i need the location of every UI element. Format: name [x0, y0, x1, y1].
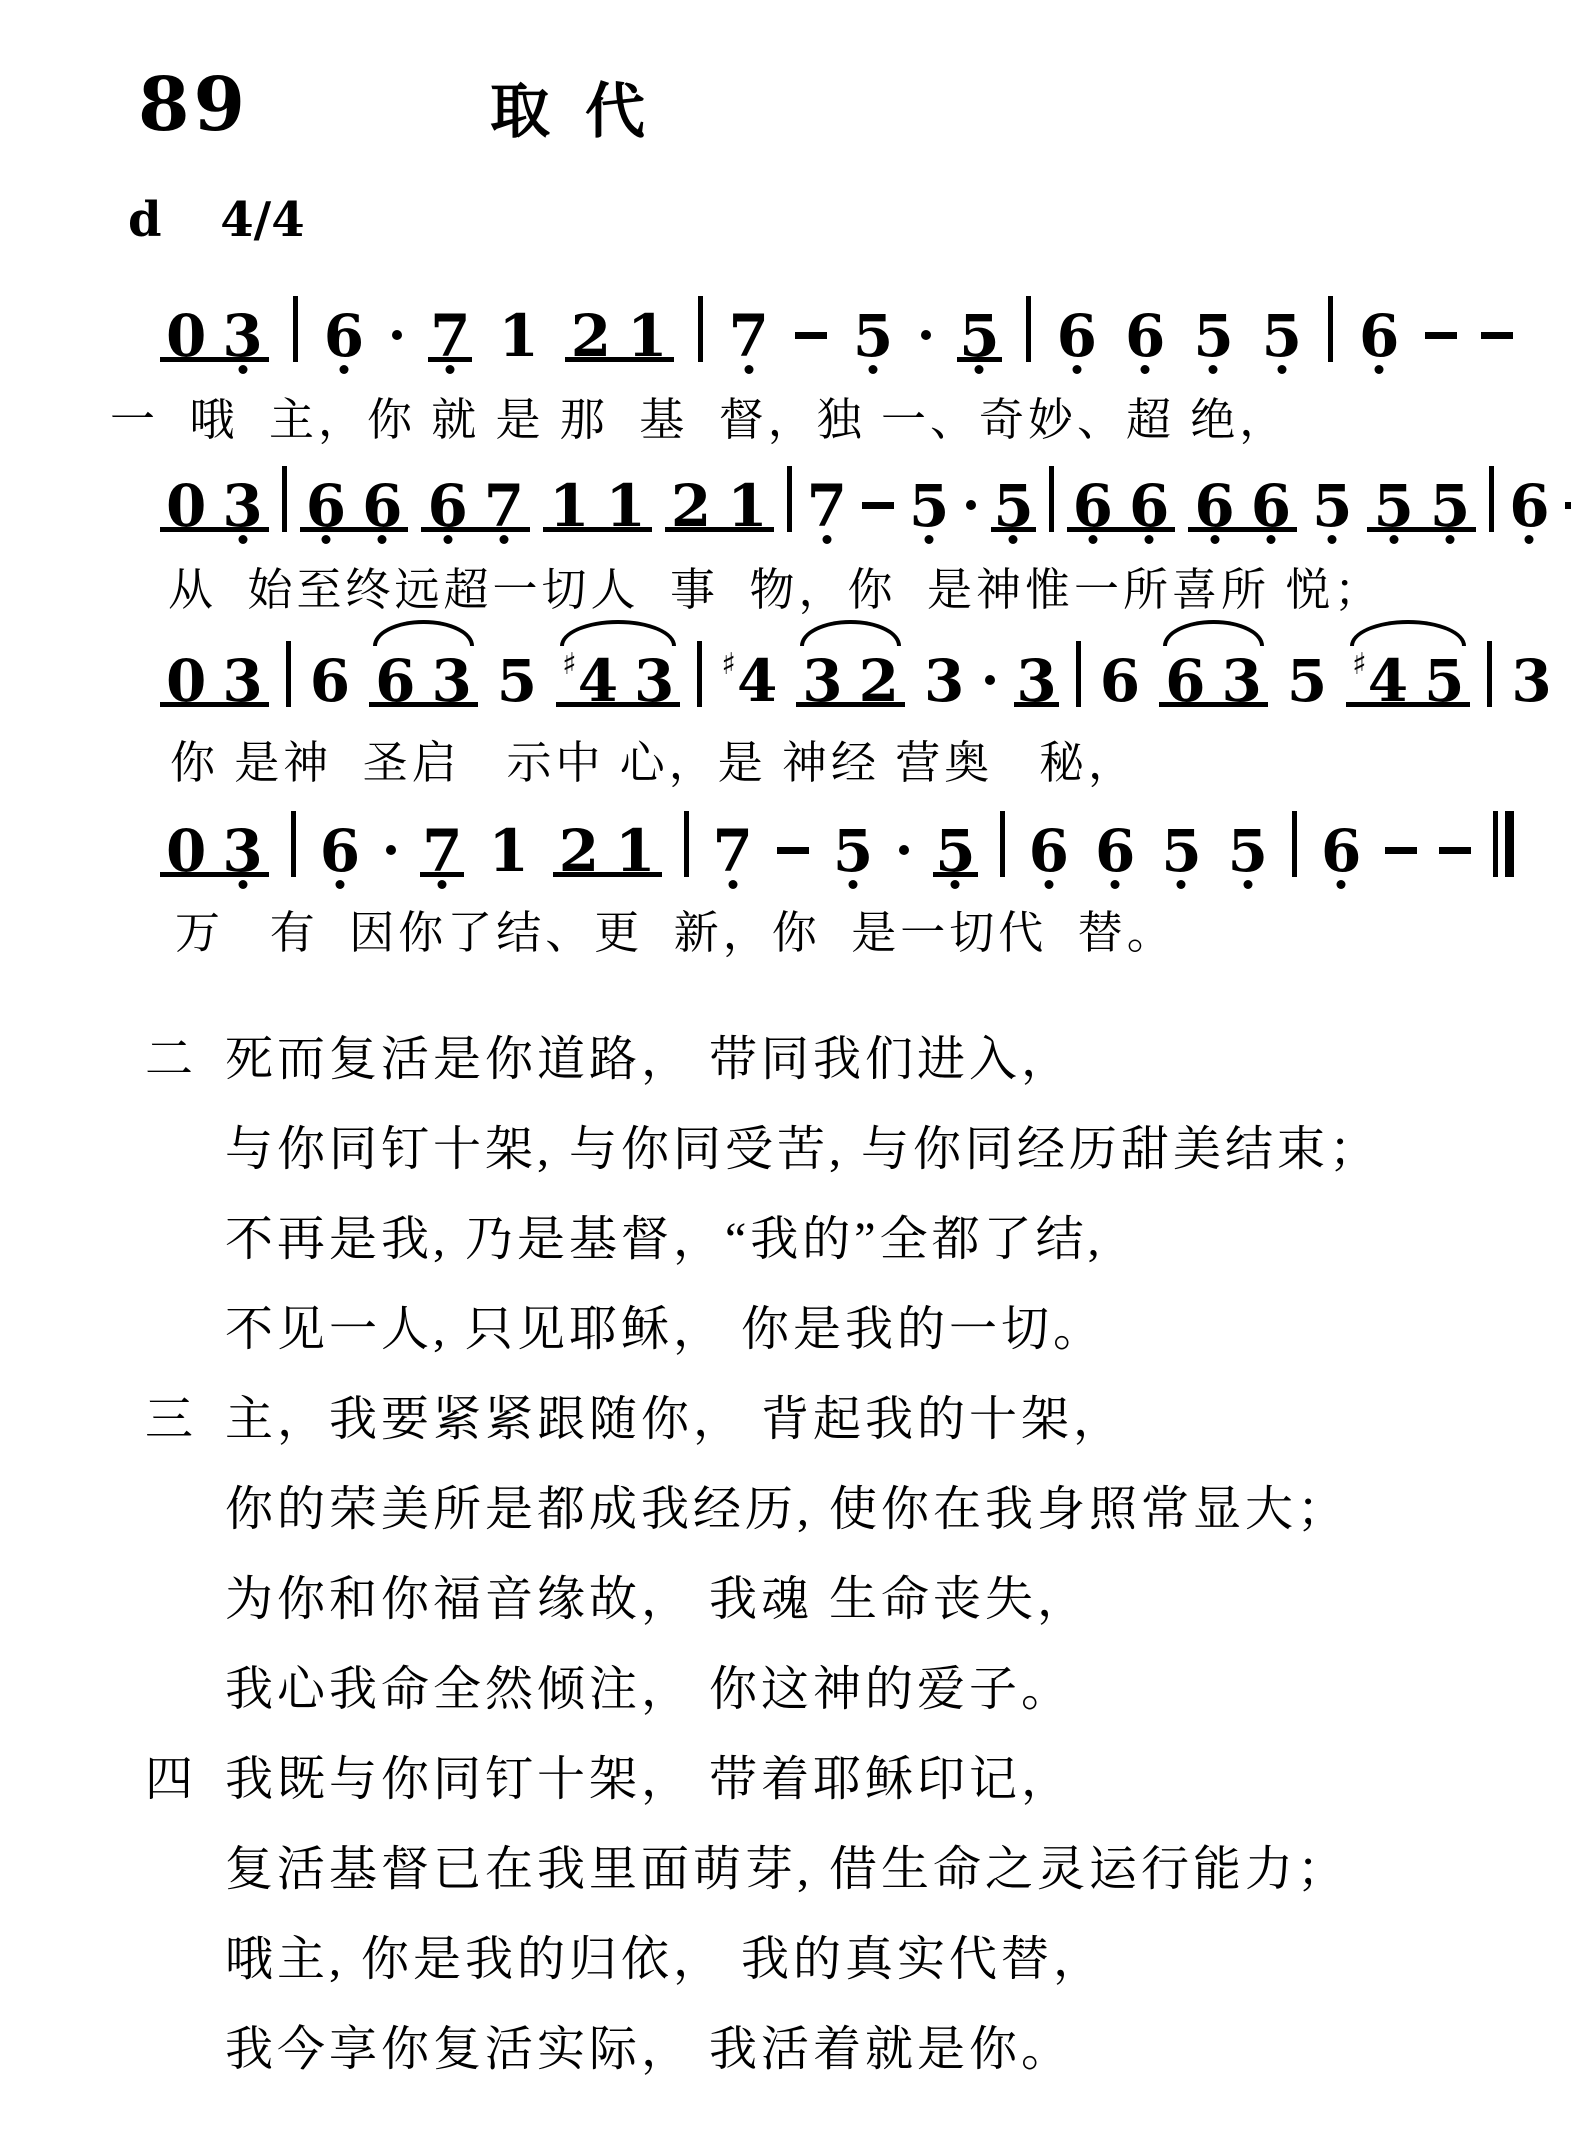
- low-octave-dot: [744, 365, 753, 374]
- note: 3: [220, 301, 264, 357]
- barline: [697, 641, 702, 707]
- low-octave-dot: [1088, 535, 1097, 544]
- note-digit: 6: [1194, 477, 1234, 535]
- verse-number: 二: [145, 1034, 225, 1086]
- verse-text: 我心我命全然倾注， 你这神的爱子。: [225, 1663, 1073, 1716]
- note-digit: 3: [222, 477, 262, 535]
- note: 6: [1071, 471, 1115, 527]
- note-digit: 5: [935, 822, 975, 880]
- verse-text: 与你同钉十架, 与你同受苦, 与你同经历甜美结束；: [225, 1123, 1381, 1176]
- note-digit: 7: [484, 477, 524, 535]
- note-digit: 4: [578, 652, 618, 710]
- note-digit: 6: [362, 477, 402, 535]
- note-digit: 5: [959, 307, 999, 365]
- barline: [282, 466, 287, 532]
- note: 6: [1123, 301, 1167, 362]
- note: 6: [425, 471, 469, 527]
- note: 6: [1098, 646, 1142, 707]
- low-octave-dot: [1209, 365, 1218, 374]
- note-digit: 3: [431, 652, 471, 710]
- note: 7: [428, 301, 472, 362]
- note-digit: 0: [166, 822, 206, 880]
- verse-text: 你的荣美所是都成我经历, 使你在我身照常显大；: [225, 1483, 1349, 1536]
- low-octave-dot: [1375, 365, 1384, 374]
- lyric-line: 从 始至终远超一切人 事 物，你 是神惟一所喜所 悦；: [168, 553, 1383, 618]
- note: 6: [1249, 471, 1293, 527]
- note: 0: [164, 301, 208, 357]
- verse-line: 四我既与你同钉十架， 带着耶稣印记，: [145, 1754, 1381, 1806]
- note-digit: 3: [222, 822, 262, 880]
- note-digit: 6: [1129, 477, 1169, 535]
- note-digit: 5: [1262, 307, 1302, 365]
- note: 7: [482, 471, 526, 527]
- hymn-title: 取 代: [0, 64, 1145, 150]
- note-digit: 3: [222, 652, 262, 710]
- note: 5: [831, 816, 875, 877]
- note: 6: [308, 646, 352, 707]
- note: 3: [800, 646, 844, 702]
- note: 2: [569, 301, 613, 357]
- note: 0: [164, 646, 208, 702]
- note-group: 03: [160, 471, 269, 532]
- verse-text: 为你和你福音缘故， 我魂 生命丧失，: [225, 1573, 1089, 1626]
- verse-line: 不再是我, 乃是基督，“我的”全都了结,: [145, 1214, 1381, 1266]
- note-digit: 0: [166, 652, 206, 710]
- low-octave-dot: [1243, 880, 1252, 889]
- note-group: 55: [1367, 471, 1476, 532]
- slurred-note-group: 32: [796, 646, 905, 707]
- note-digit: 6: [1251, 477, 1291, 535]
- note-digit: 1: [549, 477, 589, 535]
- note: 5: [1428, 471, 1472, 527]
- barline: [291, 811, 296, 877]
- note: 1: [486, 816, 530, 877]
- note: 5: [1371, 471, 1415, 527]
- note-group: 66: [1067, 471, 1176, 532]
- note-digit: 5: [1161, 822, 1201, 880]
- note-digit: 3: [924, 652, 964, 710]
- note-group: 67: [421, 471, 530, 532]
- verse-number: 四: [145, 1754, 225, 1806]
- note-digit: 5: [993, 477, 1033, 535]
- note-digit: 6: [1165, 652, 1205, 710]
- note: 5: [1226, 816, 1270, 877]
- note-group: 66: [1188, 471, 1297, 532]
- note-group: 03: [160, 646, 269, 707]
- verse-line: 哦主, 你是我的归依， 我的真实代替，: [145, 1934, 1381, 1986]
- low-octave-dot: [849, 880, 858, 889]
- note: 6: [373, 646, 417, 702]
- note: 5: [495, 646, 539, 707]
- verse-number: 三: [145, 1394, 225, 1446]
- verse-line: 为你和你福音缘故， 我魂 生命丧失，: [145, 1574, 1381, 1626]
- low-octave-dot: [238, 880, 247, 889]
- note-digit: 7: [807, 477, 847, 535]
- verse-line: 我今享你复活实际， 我活着就是你。: [145, 2024, 1381, 2076]
- note-digit: 7: [430, 307, 470, 365]
- note: 6: [1127, 471, 1171, 527]
- note: 5: [991, 471, 1035, 532]
- note: 1: [613, 816, 657, 872]
- note-digit: 5: [909, 477, 949, 535]
- low-octave-dot: [728, 880, 737, 889]
- note-group: 11: [543, 471, 652, 532]
- verse-text: 哦主, 你是我的归依， 我的真实代替，: [225, 1933, 1105, 1986]
- low-octave-dot: [1277, 365, 1286, 374]
- key-signature: d: [128, 192, 162, 248]
- verse-text: 复活基督已在我里面萌芽, 借生命之灵运行能力；: [225, 1843, 1349, 1896]
- note-digit: 3: [634, 652, 674, 710]
- barline: [787, 466, 792, 532]
- note-digit: 5: [1430, 477, 1470, 535]
- sharp-icon: ♯: [721, 650, 736, 680]
- note-group: 03: [160, 816, 269, 877]
- verse-text: 我今享你复活实际， 我活着就是你。: [225, 2023, 1073, 2076]
- lyric-line: 万 有 因你了结、更 新，你 是一切代 替。: [175, 896, 1176, 961]
- note-digit: 5: [1424, 652, 1464, 710]
- note-digit: 2: [671, 477, 711, 535]
- note: 5: [1159, 816, 1203, 877]
- low-octave-dot: [1141, 365, 1150, 374]
- slurred-note-group: ♯45: [1346, 646, 1470, 707]
- low-octave-dot: [238, 365, 247, 374]
- barline: [1076, 641, 1081, 707]
- note: 2: [557, 816, 601, 872]
- note-digit: 6: [427, 477, 467, 535]
- note-group: 66: [300, 471, 409, 532]
- barline: [1000, 811, 1005, 877]
- note-digit: 6: [1057, 307, 1097, 365]
- note: 6: [360, 471, 404, 527]
- low-octave-dot: [925, 535, 934, 544]
- dash-note: [1481, 306, 1513, 362]
- note: 3: [1509, 646, 1553, 707]
- slurred-note-group: ♯43: [556, 646, 680, 707]
- low-octave-dot: [822, 535, 831, 544]
- note-digit: 6: [1073, 477, 1113, 535]
- note: 0: [164, 816, 208, 872]
- dash-note: [1439, 821, 1471, 877]
- note-digit: 1: [488, 822, 528, 880]
- note: 6: [304, 471, 348, 527]
- note: 3: [220, 816, 264, 872]
- note: 7: [711, 816, 755, 877]
- note-digit: 6: [1125, 307, 1165, 365]
- note: 5: [1285, 646, 1329, 707]
- note: 7: [805, 471, 849, 532]
- barline: [698, 296, 703, 362]
- lyric-line: 一 哦 主，你 就 是 那 基 督，独 一、奇妙、超 绝，: [110, 383, 1288, 448]
- music-line: 036667112175566665556: [160, 466, 1571, 532]
- music-line: 036635♯43♯432336635♯453: [160, 641, 1571, 707]
- low-octave-dot: [1446, 535, 1455, 544]
- note: 1: [496, 301, 540, 362]
- low-octave-dot: [335, 880, 344, 889]
- low-octave-dot: [1266, 535, 1275, 544]
- low-octave-dot: [1177, 880, 1186, 889]
- note-digit: 6: [1100, 652, 1140, 710]
- note: 3: [429, 646, 473, 702]
- note: 6: [318, 816, 362, 877]
- note-digit: 5: [1312, 477, 1352, 535]
- note-group: 21: [665, 471, 774, 532]
- dash-note: [862, 476, 894, 532]
- time-signature: 4/4: [220, 192, 304, 248]
- note: 0: [164, 471, 208, 527]
- sharp-icon: ♯: [562, 650, 577, 680]
- low-octave-dot: [1328, 535, 1337, 544]
- low-octave-dot: [1111, 880, 1120, 889]
- note: 6: [1507, 471, 1551, 532]
- barline: [286, 641, 291, 707]
- note: 3: [1219, 646, 1263, 702]
- note-digit: 5: [1193, 307, 1233, 365]
- low-octave-dot: [1009, 535, 1018, 544]
- note: 6: [1192, 471, 1236, 527]
- note-group: 03: [160, 301, 269, 362]
- note-digit: 2: [559, 822, 599, 880]
- note-digit: 3: [802, 652, 842, 710]
- note: 6: [1093, 816, 1137, 877]
- note: ♯4: [560, 646, 620, 702]
- final-barline-thin: [1493, 811, 1498, 877]
- note: 3: [632, 646, 676, 702]
- note: 5: [851, 301, 895, 362]
- note: 7: [420, 816, 464, 877]
- verse-line: 不见一人, 只见耶稣， 你是我的一切。: [145, 1304, 1381, 1356]
- dash-note: [1565, 476, 1571, 532]
- note-digit: 2: [859, 652, 899, 710]
- note-digit: 5: [853, 307, 893, 365]
- barline: [1328, 296, 1333, 362]
- lyric-line: 你 是神 圣启 示中 心，是 神经 营奥 秘，: [170, 726, 1137, 791]
- key-time-signature: d 4/4: [128, 192, 305, 248]
- note-digit: 5: [833, 822, 873, 880]
- augmentation-dot: [983, 651, 997, 707]
- verse-text: 不见一人, 只见耶稣， 你是我的一切。: [225, 1303, 1105, 1356]
- low-octave-dot: [238, 535, 247, 544]
- low-octave-dot: [975, 365, 984, 374]
- note-digit: 5: [1287, 652, 1327, 710]
- verse-line: 二死而复活是你道路， 带同我们进入，: [145, 1034, 1381, 1086]
- note: 5: [907, 471, 951, 532]
- verse: 三主，我要紧紧跟随你， 背起我的十架，你的荣美所是都成我经历, 使你在我身照常显…: [145, 1394, 1381, 1716]
- low-octave-dot: [1337, 880, 1346, 889]
- note-digit: 3: [1511, 652, 1551, 710]
- note-digit: 6: [375, 652, 415, 710]
- slurred-note-group: 63: [1159, 646, 1268, 707]
- note: 5: [1310, 471, 1354, 532]
- note-digit: 2: [571, 307, 611, 365]
- barline: [684, 811, 689, 877]
- low-octave-dot: [499, 535, 508, 544]
- note-digit: 5: [497, 652, 537, 710]
- augmentation-dot: [919, 306, 933, 362]
- note: 2: [669, 471, 713, 527]
- final-barline-thick: [1505, 811, 1514, 877]
- verse: 四我既与你同钉十架， 带着耶稣印记，复活基督已在我里面萌芽, 借生命之灵运行能力…: [145, 1754, 1381, 2076]
- low-octave-dot: [869, 365, 878, 374]
- note: 6: [1055, 301, 1099, 362]
- note-digit: 1: [627, 307, 667, 365]
- dash-note: [795, 306, 827, 362]
- note: 3: [220, 471, 264, 527]
- verse-line: 与你同钉十架, 与你同受苦, 与你同经历甜美结束；: [145, 1124, 1381, 1176]
- verse: 二死而复活是你道路， 带同我们进入，与你同钉十架, 与你同受苦, 与你同经历甜美…: [145, 1034, 1381, 1356]
- barline: [1292, 811, 1297, 877]
- note: 3: [220, 646, 264, 702]
- note-digit: 0: [166, 307, 206, 365]
- note: 5: [1260, 301, 1304, 362]
- note-digit: 1: [727, 477, 767, 535]
- note: 2: [857, 646, 901, 702]
- verse-line: 三主，我要紧紧跟随你， 背起我的十架，: [145, 1394, 1381, 1446]
- verse-text: 主，我要紧紧跟随你， 背起我的十架，: [225, 1393, 1125, 1446]
- barline: [1487, 641, 1492, 707]
- verse-text: 死而复活是你道路， 带同我们进入，: [225, 1033, 1073, 1086]
- note-digit: 6: [310, 652, 350, 710]
- note-digit: 6: [1321, 822, 1361, 880]
- augmentation-dot: [384, 821, 398, 877]
- verse-section: 二死而复活是你道路， 带同我们进入，与你同钉十架, 与你同受苦, 与你同经历甜美…: [145, 1034, 1381, 2114]
- note: 6: [1319, 816, 1363, 877]
- note: 7: [727, 301, 771, 362]
- note-digit: 1: [498, 307, 538, 365]
- note: 3: [1014, 646, 1058, 707]
- augmentation-dot: [964, 476, 978, 532]
- note: 6: [1027, 816, 1071, 877]
- note: 6: [322, 301, 366, 362]
- note: ♯4: [1350, 646, 1410, 702]
- verse-text: 我既与你同钉十架， 带着耶稣印记，: [225, 1753, 1073, 1806]
- note-digit: 5: [1228, 822, 1268, 880]
- note-digit: 6: [1359, 307, 1399, 365]
- note: ♯4: [719, 646, 779, 707]
- note: 3: [922, 646, 966, 707]
- music-line: 036712175566556: [160, 296, 1513, 362]
- hymn-sheet-page: 89 取 代 d 4/4 036712175566556一 哦 主，你 就 是 …: [0, 0, 1571, 2138]
- verse-line: 复活基督已在我里面萌芽, 借生命之灵运行能力；: [145, 1844, 1381, 1896]
- low-octave-dot: [1072, 365, 1081, 374]
- low-octave-dot: [378, 535, 387, 544]
- note-digit: 7: [713, 822, 753, 880]
- low-octave-dot: [446, 365, 455, 374]
- low-octave-dot: [438, 880, 447, 889]
- note: 5: [1422, 646, 1466, 702]
- note: 5: [957, 301, 1001, 362]
- note-digit: 6: [1095, 822, 1135, 880]
- slurred-note-group: 63: [369, 646, 478, 707]
- barline: [293, 296, 298, 362]
- note-digit: 7: [422, 822, 462, 880]
- note: 1: [547, 471, 591, 527]
- note-digit: 4: [1368, 652, 1408, 710]
- note-digit: 5: [1373, 477, 1413, 535]
- note: 5: [933, 816, 977, 877]
- dash-note: [1385, 821, 1417, 877]
- note-digit: 6: [324, 307, 364, 365]
- verse-text: 不再是我, 乃是基督，“我的”全都了结,: [225, 1213, 1104, 1266]
- low-octave-dot: [339, 365, 348, 374]
- low-octave-dot: [321, 535, 330, 544]
- low-octave-dot: [443, 535, 452, 544]
- note-digit: 1: [615, 822, 655, 880]
- note-digit: 7: [729, 307, 769, 365]
- note: 6: [1163, 646, 1207, 702]
- sharp-icon: ♯: [1352, 650, 1367, 680]
- note-digit: 6: [320, 822, 360, 880]
- verse-line: 你的荣美所是都成我经历, 使你在我身照常显大；: [145, 1484, 1381, 1536]
- note-digit: 1: [606, 477, 646, 535]
- note-digit: 3: [222, 307, 262, 365]
- final-barline: [1493, 811, 1514, 877]
- low-octave-dot: [1389, 535, 1398, 544]
- note: 5: [1191, 301, 1235, 362]
- note-group: 21: [565, 301, 674, 362]
- note-group: 21: [553, 816, 662, 877]
- note-digit: 6: [1029, 822, 1069, 880]
- note-digit: 0: [166, 477, 206, 535]
- low-octave-dot: [1044, 880, 1053, 889]
- barline: [1026, 296, 1031, 362]
- low-octave-dot: [1145, 535, 1154, 544]
- low-octave-dot: [1210, 535, 1219, 544]
- note-digit: 6: [1509, 477, 1549, 535]
- barline: [1489, 466, 1494, 532]
- dash-note: [1425, 306, 1457, 362]
- verse-line: 我心我命全然倾注， 你这神的爱子。: [145, 1664, 1381, 1716]
- note: 6: [1357, 301, 1401, 362]
- note: 1: [625, 301, 669, 357]
- note-digit: 3: [1016, 652, 1056, 710]
- augmentation-dot: [390, 306, 404, 362]
- barline: [1049, 466, 1054, 532]
- augmentation-dot: [897, 821, 911, 877]
- note: 1: [604, 471, 648, 527]
- note-digit: 6: [306, 477, 346, 535]
- low-octave-dot: [951, 880, 960, 889]
- low-octave-dot: [1525, 535, 1534, 544]
- note-digit: 4: [737, 652, 777, 710]
- note: 1: [725, 471, 769, 527]
- note-digit: 3: [1221, 652, 1261, 710]
- music-line: 036712175566556: [160, 811, 1514, 877]
- dash-note: [777, 821, 809, 877]
